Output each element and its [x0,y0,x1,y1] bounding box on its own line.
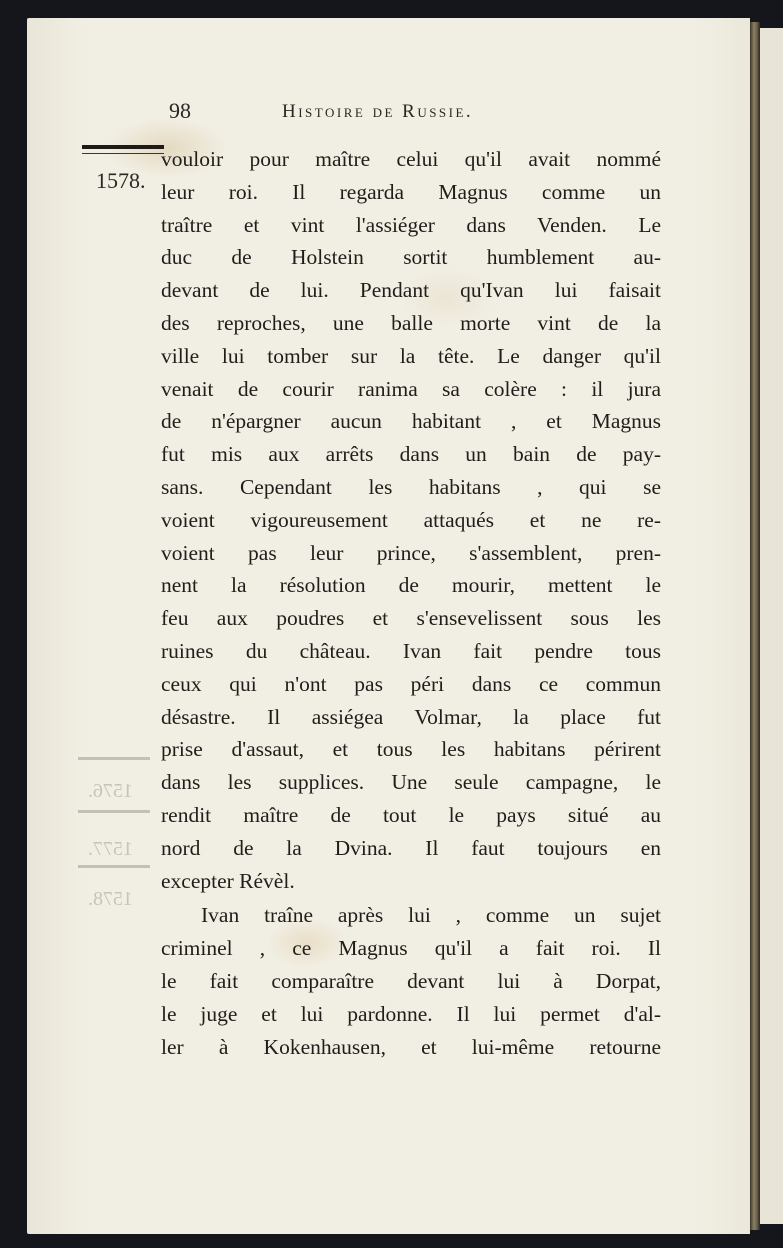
ghost-margin-date: 1578. [88,888,133,911]
text-line: duc de Holstein sortit humblement au- [161,241,661,274]
text-line: criminel , ce Magnus qu'il a fait roi. I… [161,932,661,965]
text-line: des reproches, une balle morte vint de l… [161,307,661,340]
text-line: le juge et lui pardonne. Il lui permet d… [161,998,661,1031]
margin-date: 1578. [96,168,146,194]
paragraph: vouloir pour maître celui qu'il avait no… [161,143,661,897]
text-line: le fait comparaître devant lui à Dorpat, [161,965,661,998]
text-line: Ivan traîne après lui , comme un sujet [161,899,661,932]
text-line: leur roi. Il regarda Magnus comme un [161,176,661,209]
text-line: devant de lui. Pendant qu'Ivan lui faisa… [161,274,661,307]
text-line: ceux qui n'ont pas péri dans ce commun [161,668,661,701]
text-line: dans les supplices. Une seule campagne, … [161,766,661,799]
body-text: vouloir pour maître celui qu'il avait no… [161,143,661,1063]
text-line: prise d'assaut, et tous les habitans pér… [161,733,661,766]
text-line: nent la résolution de mourir, mettent le [161,569,661,602]
text-line: venait de courir ranima sa colère : il j… [161,373,661,406]
text-line: ler à Kokenhausen, et lui-même retourne [161,1031,661,1064]
running-head: Histoire de Russie. [282,101,473,123]
text-line: de n'épargner aucun habitant , et Magnus [161,405,661,438]
book-gutter [750,22,760,1230]
ghost-margin-date: 1576. [88,780,133,803]
ghost-rule [78,757,150,760]
ghost-rule [78,810,150,813]
text-line: ville lui tomber sur la tête. Le danger … [161,340,661,373]
text-line: voient pas leur prince, s'assemblent, pr… [161,537,661,570]
text-line: désastre. Il assiégea Volmar, la place f… [161,701,661,734]
facing-page-edge [760,28,783,1224]
text-line: sans. Cependant les habitans , qui se [161,471,661,504]
text-line: traître et vint l'assiéger dans Venden. … [161,209,661,242]
margin-rule-thin [82,153,164,154]
text-line: vouloir pour maître celui qu'il avait no… [161,143,661,176]
margin-rule [82,145,164,149]
ghost-rule [78,865,150,868]
text-line: rendit maître de tout le pays situé au [161,799,661,832]
text-line: excepter Révèl. [161,865,661,898]
text-line: fut mis aux arrêts dans un bain de pay- [161,438,661,471]
text-line: nord de la Dvina. Il faut toujours en [161,832,661,865]
ghost-margin-date: 1577. [88,838,133,861]
text-line: feu aux poudres et s'ensevelissent sous … [161,602,661,635]
text-line: voient vigoureusement attaqués et ne re- [161,504,661,537]
paragraph: Ivan traîne après lui , comme un sujet c… [161,899,661,1063]
text-line: ruines du château. Ivan fait pendre tous [161,635,661,668]
page-number: 98 [169,98,191,124]
